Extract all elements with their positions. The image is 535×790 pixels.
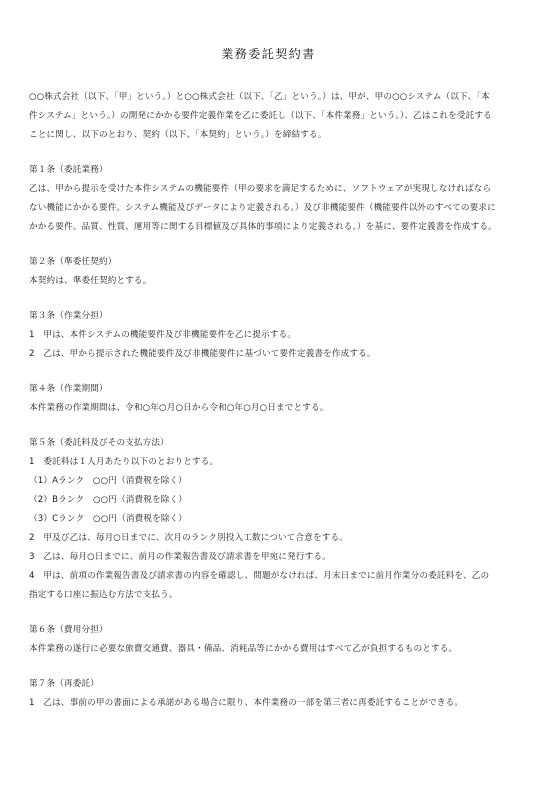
article-line: 本件業務の遂行に必要な旅費交通費、器具・備品、消耗品等にかかる費用はすべて乙が負… [29, 640, 508, 659]
article-line: 2 乙は、甲から提示された機能要件及び非機能要件に基づいて要件定義書を作成する。 [29, 345, 508, 364]
article-line: 2 甲及び乙は、毎月○日までに、次月のランク別投入工数について合意をする。 [29, 529, 508, 548]
article-line: （3）Cランク ○○円（消費税を除く） [29, 510, 508, 529]
article-5: 第５条（委託料及びその支払方法） 1 委託料は１人月あたり以下のとおりとする。 … [29, 434, 508, 605]
article-line: （2）Bランク ○○円（消費税を除く） [29, 491, 508, 510]
article-line: 本件業務の作業期間は、令和○年○月○日から令和○年○月○日までとする。 [29, 399, 508, 418]
article-heading: 第７条（再委託） [29, 675, 508, 694]
preamble-line: 件システム」という。）の開発にかかる要件定義作業を乙に委託し（以下、「本件業務」… [29, 107, 508, 126]
article-heading: 第４条（作業期間） [29, 380, 508, 399]
article-heading: 第２条（準委任契約） [29, 253, 508, 272]
preamble: ○○株式会社（以下、「甲」という。）と○○株式会社（以下、「乙」という。）は、甲… [29, 88, 508, 145]
preamble-line: ことに関し、以下のとおり、契約（以下、「本契約」という。）を締結する。 [29, 126, 508, 145]
article-line: ない機能にかかる要件。システム機能及びデータにより定義される。）及び非機能要件（… [29, 199, 508, 218]
article-2: 第２条（準委任契約） 本契約は、準委任契約とする。 [29, 253, 508, 291]
article-4: 第４条（作業期間） 本件業務の作業期間は、令和○年○月○日から令和○年○月○日ま… [29, 380, 508, 418]
article-line: 1 委託料は１人月あたり以下のとおりとする。 [29, 453, 508, 472]
article-line: 4 甲は、前項の作業報告書及び請求書の内容を確認し、問題がなければ、月末日までに… [29, 567, 508, 586]
article-heading: 第３条（作業分担） [29, 307, 508, 326]
article-line: 1 甲は、本件システムの機能要件及び非機能要件を乙に提示する。 [29, 326, 508, 345]
article-line: 乙は、甲から提示を受けた本件システムの機能要件（甲の要求を満足するために、ソフト… [29, 180, 508, 199]
article-6: 第６条（費用分担） 本件業務の遂行に必要な旅費交通費、器具・備品、消耗品等にかか… [29, 621, 508, 659]
article-line: 1 乙は、事前の甲の書面による承諾がある場合に限り、本件業務の一部を第三者に再委… [29, 694, 508, 713]
preamble-line: ○○株式会社（以下、「甲」という。）と○○株式会社（以下、「乙」という。）は、甲… [29, 88, 508, 107]
article-3: 第３条（作業分担） 1 甲は、本件システムの機能要件及び非機能要件を乙に提示する… [29, 307, 508, 364]
document-title: 業務委託契約書 [29, 46, 508, 62]
article-line: 指定する口座に振込む方法で支払う。 [29, 586, 508, 605]
article-heading: 第５条（委託料及びその支払方法） [29, 434, 508, 453]
article-line: 3 乙は、毎月○日までに、前月の作業報告書及び請求書を甲宛に発行する。 [29, 548, 508, 567]
article-7: 第７条（再委託） 1 乙は、事前の甲の書面による承諾がある場合に限り、本件業務の… [29, 675, 508, 713]
document-page: 業務委託契約書 ○○株式会社（以下、「甲」という。）と○○株式会社（以下、「乙」… [0, 0, 535, 790]
article-line: （1）Aランク ○○円（消費税を除く） [29, 472, 508, 491]
article-heading: 第１条（委託業務） [29, 161, 508, 180]
article-line: かかる要件。品質、性質、運用等に関する目標値及び具体的事項により定義される。）を… [29, 218, 508, 237]
article-line: 本契約は、準委任契約とする。 [29, 272, 508, 291]
article-1: 第１条（委託業務） 乙は、甲から提示を受けた本件システムの機能要件（甲の要求を満… [29, 161, 508, 237]
article-heading: 第６条（費用分担） [29, 621, 508, 640]
